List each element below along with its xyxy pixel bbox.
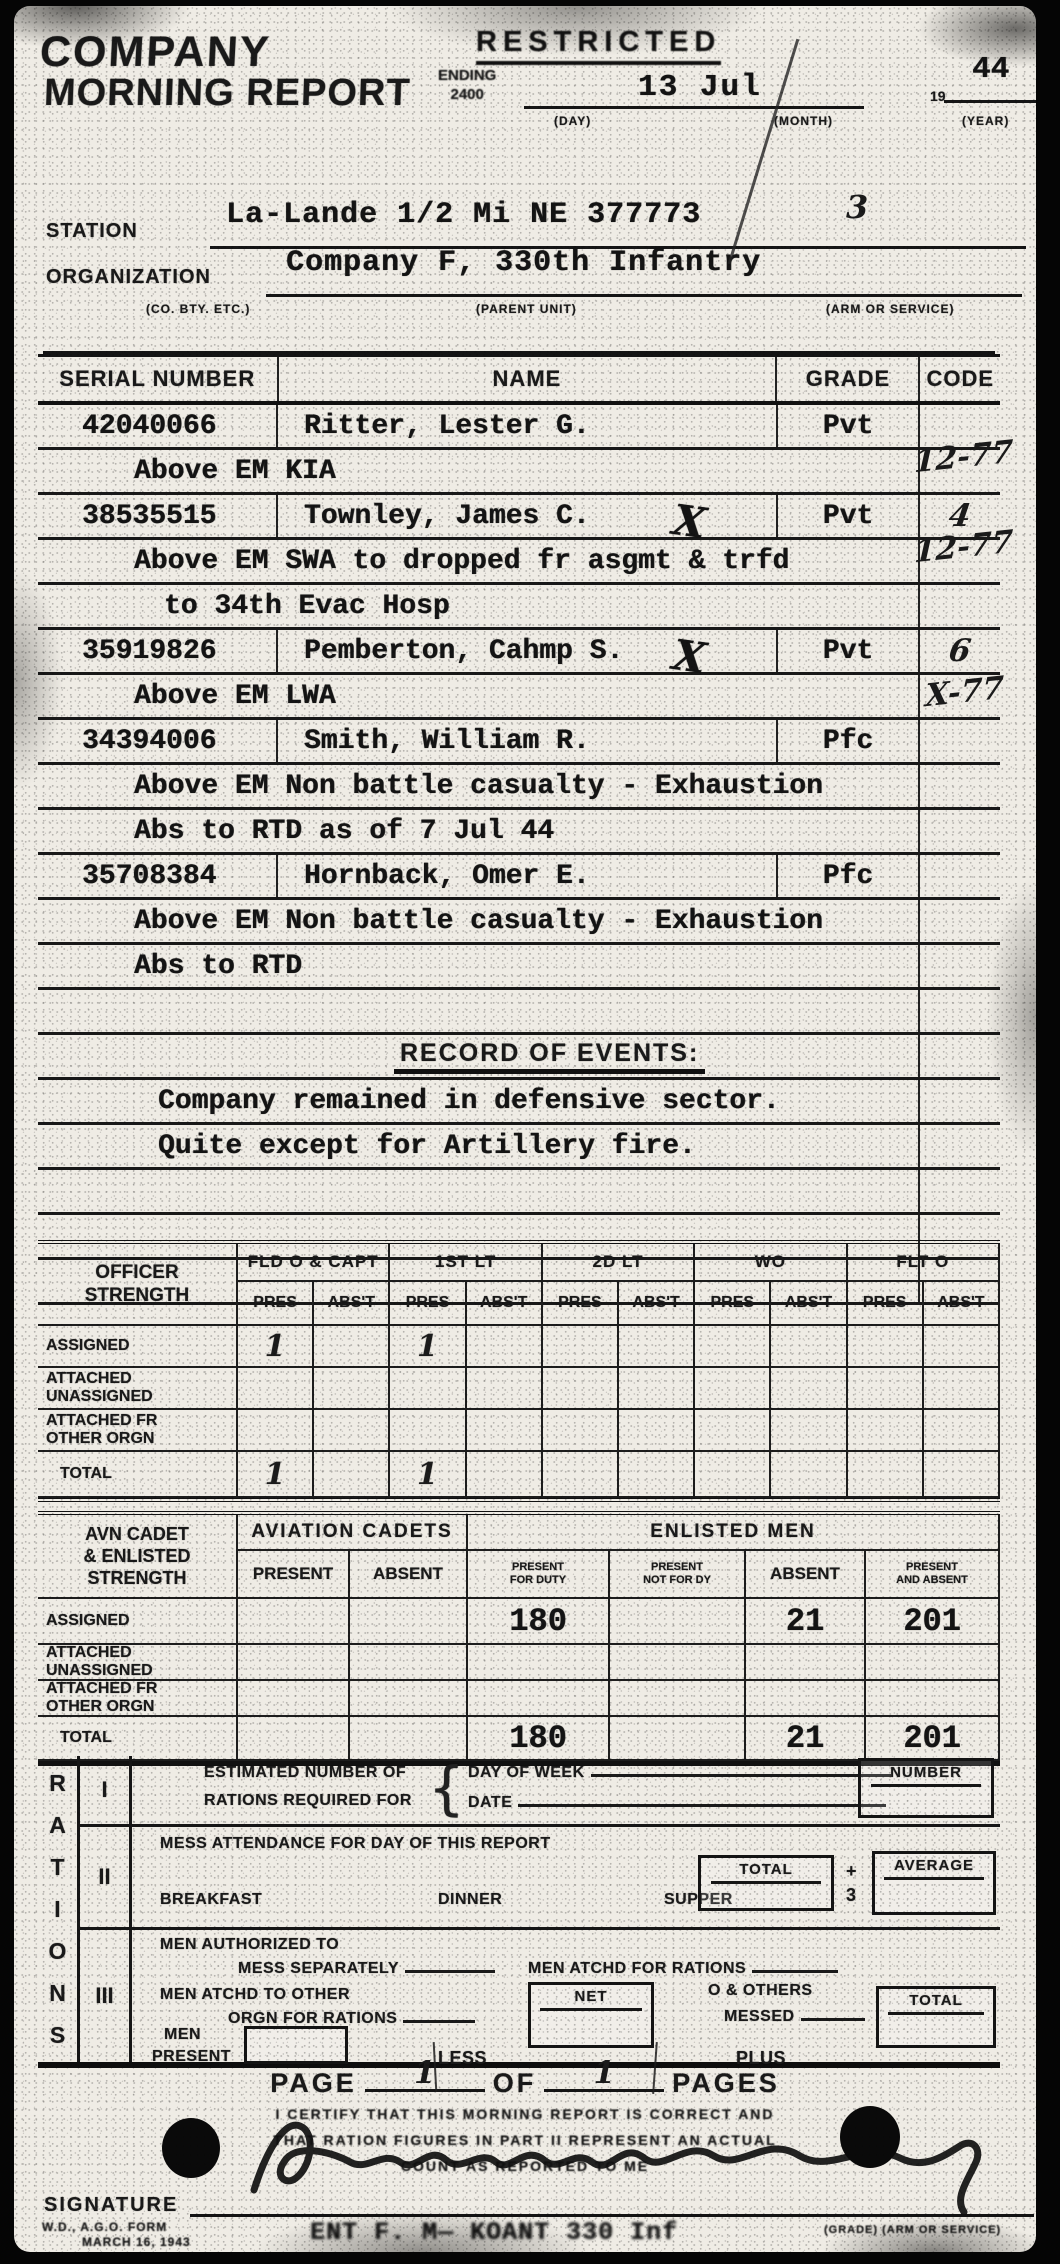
absent-total: 21: [746, 1717, 866, 1761]
empty-cell: [619, 1326, 695, 1368]
empty-cell: [610, 1599, 746, 1645]
form-line-1: W.D., A.G.O. FORM: [42, 2220, 191, 2235]
messed-label: MESSED: [724, 2008, 865, 2026]
mess-separately-label: MESS SEPARATELY: [238, 1960, 495, 1978]
average-box: AVERAGE: [872, 1851, 996, 1915]
remark-text: Above EM Non battle casualty - Exhaustio…: [38, 900, 920, 942]
pres-header: PRES: [238, 1282, 314, 1326]
code-cell: 12-77: [920, 540, 1000, 582]
hole-punch-left: [162, 2118, 220, 2178]
empty-cell: [848, 1368, 924, 1410]
group-enlisted-men: ENLISTED MEN: [468, 1515, 1000, 1551]
roster-row: 35708384Hornback, Omer E.Pfc: [38, 855, 1000, 900]
rations-required-label: RATIONS REQUIRED FOR: [204, 1792, 412, 1810]
name-text: Hornback, Omer E.: [304, 861, 590, 892]
plus-label: PLUS: [736, 2048, 786, 2069]
empty-cell: [350, 1645, 468, 1681]
empty-cell: [314, 1368, 390, 1410]
pages-label: PAGES: [672, 2068, 780, 2098]
org-sublabel-3: (ARM OR SERVICE): [826, 302, 954, 316]
code-cell: [920, 1170, 1000, 1212]
total-box-iii: TOTAL: [876, 1986, 996, 2048]
report-date: 13 Jul: [638, 70, 762, 105]
scanned-document: RESTRICTED COMPANY MORNING REPORT ENDING…: [0, 0, 1060, 2264]
handwritten-code: X-77: [924, 670, 1004, 715]
code-cell: [920, 810, 1000, 852]
pres-header: PRES: [695, 1282, 771, 1326]
empty-cell: [468, 1681, 610, 1717]
form-title-line1: COMPANY: [39, 28, 272, 77]
code-cell: [920, 720, 1000, 762]
name-text: Ritter, Lester G.: [304, 411, 590, 442]
day-of-week-text: DAY OF WEEK: [468, 1764, 585, 1781]
plus-sign: +: [846, 1861, 857, 1882]
letter: S: [50, 2022, 65, 2049]
remark-text: Abs to RTD: [38, 945, 920, 987]
form-title-line2: MORNING REPORT: [43, 72, 411, 115]
enlisted-strength-table: AVN CADET & ENLISTED STRENGTH AVIATION C…: [38, 1511, 1000, 1766]
remark-row: Above EM LWAX-77: [38, 675, 1000, 720]
empty-cell: [695, 1326, 771, 1368]
average-box-label: AVERAGE: [894, 1857, 974, 1874]
pres-header: PRES: [543, 1282, 619, 1326]
empty-cell: [467, 1410, 543, 1452]
year-underline: [944, 100, 1036, 103]
empty-cell: [924, 1410, 1000, 1452]
restricted-stamp: RESTRICTED: [476, 26, 721, 65]
empty-cell: [746, 1645, 866, 1681]
date-underline: [524, 106, 864, 109]
net-box-label: NET: [575, 1988, 608, 2005]
rations-part-iii: III MEN AUTHORIZED TO MESS SEPARATELY ME…: [80, 1930, 1000, 2062]
blank-row: [38, 1170, 1000, 1215]
code-cell: 6: [920, 630, 1000, 672]
estimated-number-label: ESTIMATED NUMBER OF: [204, 1764, 406, 1782]
code-cell: [920, 900, 1000, 942]
blank-line: [801, 2018, 865, 2021]
roster-row: 35919826Pemberton, Cahmp S.XPvt6: [38, 630, 1000, 675]
empty-cell: [695, 1410, 771, 1452]
blank-line: [405, 1970, 495, 1973]
officer-count: 1: [238, 1326, 314, 1368]
code-cell: [920, 1080, 1000, 1122]
date-label: DATE: [468, 1794, 886, 1812]
empty-cell: [38, 1170, 920, 1212]
empty-cell: [390, 1410, 466, 1452]
empty-cell: [619, 1410, 695, 1452]
men-atchd-text: MEN ATCHD FOR RATIONS: [528, 1960, 746, 1977]
serial-number: 35708384: [38, 855, 278, 897]
serial-number: 38535515: [38, 495, 278, 537]
organization-value: Company F, 330th Infantry: [286, 246, 761, 280]
hole-punch-right: [840, 2106, 900, 2168]
handwritten-signature: [240, 2104, 1020, 2224]
report-year: 44: [972, 52, 1009, 87]
empty-cell: [543, 1368, 619, 1410]
rations-part-ii: II MESS ATTENDANCE FOR DAY OF THIS REPOR…: [80, 1827, 1000, 1930]
men-label: MEN: [164, 2026, 201, 2044]
remark-text: Abs to RTD as of 7 Jul 44: [38, 810, 920, 852]
col-absent: ABSENT: [350, 1551, 468, 1599]
net-box: NET: [528, 1982, 654, 2048]
form-line-2: MARCH 16, 1943: [82, 2235, 191, 2250]
soldier-name: Townley, James C.X: [278, 495, 778, 537]
officer-total: 1: [390, 1452, 466, 1498]
pres-header: PRES: [848, 1282, 924, 1326]
serial-number: 34394006: [38, 720, 278, 762]
serial-number: 42040066: [38, 405, 278, 447]
abst-header: ABS'T: [924, 1282, 1000, 1326]
roster-header: SERIAL NUMBER NAME GRADE CODE: [38, 354, 1000, 405]
month-label: (MONTH): [774, 114, 833, 128]
men-present-box: [244, 2026, 348, 2064]
blank-line: [518, 1804, 886, 1807]
remark-text: Above EM SWA to dropped fr asgmt & trfd: [38, 540, 920, 582]
page-number: 1: [414, 2055, 436, 2091]
row-label-attached-fr-other: ATTACHED FR OTHER ORGN: [38, 1410, 238, 1452]
numeral-i: I: [80, 1756, 132, 1824]
present-label: PRESENT: [152, 2048, 231, 2066]
ending-text: ENDING: [438, 67, 496, 84]
abst-header: ABS'T: [771, 1282, 847, 1326]
empty-cell: [610, 1681, 746, 1717]
remark-text: Above EM LWA: [38, 675, 920, 717]
roster-table: SERIAL NUMBER NAME GRADE CODE 42040066Ri…: [38, 354, 1000, 1305]
empty-cell: [467, 1368, 543, 1410]
code-header: CODE: [920, 357, 1000, 401]
dinner-label: DINNER: [438, 1891, 502, 1909]
row-label-attached-fr-other: ATTACHED FR OTHER ORGN: [38, 1681, 238, 1717]
code-cell: [920, 1035, 1000, 1077]
grade-service-label: (GRADE) (ARM OR SERVICE): [824, 2224, 1001, 2236]
letter: O: [49, 1938, 67, 1965]
empty-cell: [38, 990, 920, 1032]
code-cell: [920, 765, 1000, 807]
organization-underline: [266, 294, 1022, 297]
station-handwritten-mark: 3: [846, 188, 868, 226]
col-present-and-absent: PRESENT AND ABSENT: [866, 1551, 1000, 1599]
empty-cell: [314, 1452, 390, 1498]
grade-value: Pvt: [778, 630, 920, 672]
group-wo: WO: [695, 1244, 847, 1282]
blank-line: [752, 1970, 838, 1973]
morning-report-form: RESTRICTED COMPANY MORNING REPORT ENDING…: [14, 6, 1036, 2252]
group-flt-o: FLT O: [848, 1244, 1000, 1282]
empty-cell: [746, 1681, 866, 1717]
letter: R: [49, 1770, 66, 1797]
empty-cell: [695, 1368, 771, 1410]
empty-cell: [866, 1645, 1000, 1681]
men-authorized-label: MEN AUTHORIZED TO: [160, 1936, 339, 1954]
event-row: Quite except for Artillery fire.: [38, 1125, 1000, 1170]
empty-cell: [924, 1326, 1000, 1368]
empty-cell: [350, 1681, 468, 1717]
empty-cell: [543, 1410, 619, 1452]
officer-total: 1: [238, 1452, 314, 1498]
handwritten-code: 6: [947, 633, 974, 669]
numeral-ii: II: [80, 1827, 132, 1927]
page-label: PAGE: [270, 2068, 357, 2098]
empty-cell: [467, 1326, 543, 1368]
abst-header: ABS'T: [314, 1282, 390, 1326]
empty-cell: [924, 1368, 1000, 1410]
officer-count: 1: [390, 1326, 466, 1368]
grade-value: Pfc: [778, 720, 920, 762]
number-box-label: NUMBER: [890, 1764, 962, 1781]
present-for-duty-total: 180: [468, 1717, 610, 1761]
empty-cell: [468, 1645, 610, 1681]
divisor: 3: [846, 1885, 857, 1906]
remark-row: Abs to RTD as of 7 Jul 44: [38, 810, 1000, 855]
men-atchd-for-rations-label: MEN ATCHD FOR RATIONS: [528, 1960, 838, 1978]
code-cell: [920, 990, 1000, 1032]
day-of-week-label: DAY OF WEEK: [468, 1764, 891, 1782]
roster-row: 42040066Ritter, Lester G.Pvt: [38, 405, 1000, 450]
row-label-assigned: ASSIGNED: [38, 1326, 238, 1368]
soldier-name: Ritter, Lester G.: [278, 405, 778, 447]
station-label: STATION: [46, 220, 138, 243]
empty-cell: [866, 1681, 1000, 1717]
code-cell: X-77: [920, 675, 1000, 717]
blank-line: [591, 1774, 891, 1777]
record-of-events-title: RECORD OF EVENTS:: [394, 1039, 705, 1074]
col-present-for-duty: PRESENT FOR DUTY: [468, 1551, 610, 1599]
avn-enlisted-strength-label: AVN CADET & ENLISTED STRENGTH: [38, 1515, 238, 1599]
col-present-not-for-duty: PRESENT NOT FOR DY: [610, 1551, 746, 1599]
code-cell: [920, 1125, 1000, 1167]
mess-attendance-label: MESS ATTENDANCE FOR DAY OF THIS REPORT: [160, 1835, 551, 1853]
remark-text: Above EM KIA: [38, 450, 920, 492]
signature-label: SIGNATURE: [44, 2194, 178, 2217]
row-label-assigned: ASSIGNED: [38, 1599, 238, 1645]
remark-text: to 34th Evac Hosp: [38, 585, 920, 627]
empty-cell: [695, 1452, 771, 1498]
empty-cell: [238, 1681, 350, 1717]
empty-cell: [771, 1452, 847, 1498]
numeral-iii: III: [80, 1930, 132, 2062]
empty-cell: [238, 1599, 350, 1645]
officer-strength-table: OFFICER STRENGTH FLD O & CAPT 1ST LT 2D …: [38, 1240, 1000, 1502]
remark-row: Above EM SWA to dropped fr asgmt & trfd1…: [38, 540, 1000, 585]
total-box: TOTAL: [698, 1855, 834, 1911]
org-sublabel-2: (PARENT UNIT): [476, 302, 577, 316]
box-line: [540, 2008, 642, 2011]
grade-value: Pfc: [778, 855, 920, 897]
code-cell: 12-77: [920, 450, 1000, 492]
box-line: [711, 1881, 822, 1884]
empty-cell: [238, 1717, 350, 1761]
blank-line: [403, 2020, 475, 2023]
name-text: Pemberton, Cahmp S.: [304, 636, 623, 667]
name-text: Smith, William R.: [304, 726, 590, 757]
present-for-duty-count: 180: [468, 1599, 610, 1645]
letter: T: [50, 1854, 64, 1881]
page-blank: 1: [365, 2089, 485, 2092]
station-value: La-Lande 1/2 Mi NE 377773: [226, 198, 701, 232]
orgn-rations-text: ORGN FOR RATIONS: [228, 2010, 397, 2027]
empty-cell: [314, 1410, 390, 1452]
form-number: W.D., A.G.O. FORM MARCH 16, 1943: [42, 2220, 191, 2250]
year-label: (YEAR): [962, 114, 1009, 128]
grade-header: GRADE: [777, 357, 920, 401]
empty-cell: [543, 1326, 619, 1368]
pages-blank: 1: [544, 2089, 664, 2092]
box-line: [884, 1877, 984, 1880]
soldier-name: Hornback, Omer E.: [278, 855, 778, 897]
group-aviation-cadets: AVIATION CADETS: [238, 1515, 468, 1551]
org-sublabel-1: (CO. BTY. ETC.): [146, 302, 250, 316]
rations-part-i: I ESTIMATED NUMBER OF RATIONS REQUIRED F…: [80, 1756, 1000, 1827]
day-label: (DAY): [554, 114, 591, 128]
name-header: NAME: [279, 357, 778, 401]
breakfast-label: BREAKFAST: [160, 1891, 262, 1909]
empty-cell: [238, 1368, 314, 1410]
code-cell: [920, 585, 1000, 627]
roster-row: 38535515Townley, James C.XPvt4: [38, 495, 1000, 540]
empty-cell: [238, 1410, 314, 1452]
remark-text: Above EM Non battle casualty - Exhaustio…: [38, 765, 920, 807]
total-box-label: TOTAL: [739, 1861, 793, 1878]
box-line: [871, 1784, 982, 1787]
event-text: Company remained in defensive sector.: [38, 1080, 920, 1122]
name-text: Townley, James C.: [304, 501, 590, 532]
mess-separately-text: MESS SEPARATELY: [238, 1960, 399, 1977]
remark-row: Above EM Non battle casualty - Exhaustio…: [38, 765, 1000, 810]
remark-row: Abs to RTD: [38, 945, 1000, 990]
empty-cell: [619, 1368, 695, 1410]
roster-row: 34394006Smith, William R.Pfc: [38, 720, 1000, 765]
row-label-total: TOTAL: [38, 1452, 238, 1498]
empty-cell: [467, 1452, 543, 1498]
abst-header: ABS'T: [467, 1282, 543, 1326]
group-fldo-capt: FLD O & CAPT: [238, 1244, 390, 1282]
pages-number: 1: [593, 2055, 615, 2091]
remark-row: Above EM Non battle casualty - Exhaustio…: [38, 900, 1000, 945]
box-line: [888, 2012, 985, 2015]
serial-number: 35919826: [38, 630, 278, 672]
empty-cell: [619, 1452, 695, 1498]
total-box-label: TOTAL: [909, 1992, 963, 2009]
group-1st-lt: 1ST LT: [390, 1244, 542, 1282]
code-cell: [920, 945, 1000, 987]
messed-text: MESSED: [724, 2008, 795, 2025]
empty-cell: [390, 1368, 466, 1410]
empty-cell: [848, 1452, 924, 1498]
empty-cell: [610, 1717, 746, 1761]
men-atchd-other-label: MEN ATCHD TO OTHER: [160, 1986, 350, 2004]
date-text: DATE: [468, 1794, 512, 1811]
grade-value: Pvt: [778, 405, 920, 447]
ending-time: 2400: [450, 86, 483, 103]
col-present: PRESENT: [238, 1551, 350, 1599]
empty-cell: [848, 1410, 924, 1452]
letter: A: [49, 1812, 66, 1839]
empty-cell: [848, 1326, 924, 1368]
officer-strength-label: OFFICER STRENGTH: [38, 1244, 238, 1326]
row-label-attached-unassigned: ATTACHED UNASSIGNED: [38, 1645, 238, 1681]
soldier-name: Pemberton, Cahmp S.X: [278, 630, 778, 672]
empty-cell: [771, 1410, 847, 1452]
number-box: NUMBER: [858, 1758, 994, 1818]
code-cell: [920, 855, 1000, 897]
remark-row: to 34th Evac Hosp: [38, 585, 1000, 630]
empty-cell: [771, 1326, 847, 1368]
serial-header: SERIAL NUMBER: [38, 357, 279, 401]
empty-cell: [924, 1452, 1000, 1498]
empty-cell: [314, 1326, 390, 1368]
less-label: LESS: [438, 2048, 487, 2069]
brace: {: [428, 1754, 465, 1822]
blank-row: [38, 990, 1000, 1035]
absent-count: 21: [746, 1599, 866, 1645]
rations-vertical-label: R A T I O N S: [38, 1756, 80, 2062]
grade-value: Pvt: [778, 495, 920, 537]
empty-cell: [350, 1599, 468, 1645]
empty-cell: [543, 1452, 619, 1498]
letter: N: [49, 1980, 66, 2007]
col-em-absent: ABSENT: [746, 1551, 866, 1599]
rations-section: R A T I O N S I ESTIMATED NUMBER OF RATI…: [38, 1756, 1000, 2068]
empty-cell: [238, 1645, 350, 1681]
page-count-line: PAGE1OF1PAGES: [14, 2068, 1036, 2099]
organization-label: ORGANIZATION: [46, 266, 211, 289]
empty-cell: [610, 1645, 746, 1681]
ending-label: ENDING 2400: [438, 66, 496, 104]
row-label-total: TOTAL: [38, 1717, 238, 1761]
events-heading-cell: RECORD OF EVENTS:: [38, 1035, 920, 1077]
event-text: Quite except for Artillery fire.: [38, 1125, 920, 1167]
section-row: RECORD OF EVENTS:: [38, 1035, 1000, 1080]
remark-row: Above EM KIA12-77: [38, 450, 1000, 495]
empty-cell: [771, 1368, 847, 1410]
abst-header: ABS'T: [619, 1282, 695, 1326]
present-and-absent-total: 201: [866, 1717, 1000, 1761]
event-row: Company remained in defensive sector.: [38, 1080, 1000, 1125]
letter: I: [54, 1896, 60, 1923]
group-2d-lt: 2D LT: [543, 1244, 695, 1282]
of-label: OF: [493, 2068, 537, 2098]
row-label-attached-unassigned: ATTACHED UNASSIGNED: [38, 1368, 238, 1410]
pres-header: PRES: [390, 1282, 466, 1326]
present-and-absent-count: 201: [866, 1599, 1000, 1645]
o-and-others-label: O & OTHERS: [708, 1982, 813, 2000]
soldier-name: Smith, William R.: [278, 720, 778, 762]
